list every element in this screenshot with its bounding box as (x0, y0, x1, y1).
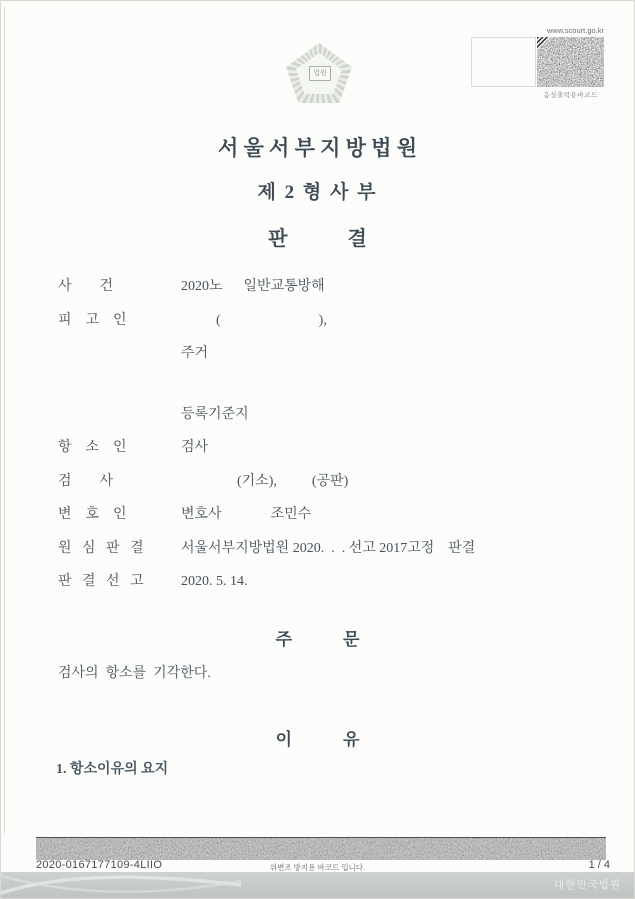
row-case-value: 2020노 일반교통방해 (181, 278, 325, 295)
row-prosecutor-label: 검 사 (58, 474, 113, 489)
row-original-judgment-value: 서울서부지방법원 2020. . . 선고 2017고정 판결 (181, 540, 475, 557)
barcode-blank-box (471, 37, 536, 87)
row-prosecutor: 검 사 (기소), (공판) (58, 473, 604, 507)
row-defense-counsel: 변 호 인 변호사 조민수 (58, 506, 604, 540)
anti-forgery-barcode (36, 837, 606, 860)
row-judgment-date: 판 결 선 고 2020. 5. 14. (58, 573, 604, 607)
row-case: 사 건 2020노 일반교통방해 (58, 278, 604, 312)
order-heading: 주 문 (1, 625, 634, 650)
row-residence-value: 주거 (181, 345, 208, 362)
document-title: 판 결 (1, 222, 634, 251)
row-defendant-value: ( ), (181, 312, 327, 329)
row-residence: 주거 (58, 345, 604, 379)
case-info-table: 사 건 2020노 일반교통방해 피 고 인 ( ), 주거 등록기준지 항 소… (58, 278, 604, 607)
row-defense-counsel-value: 변호사 조민수 (181, 506, 311, 523)
barcode-noise (537, 37, 604, 87)
document-code: 2020-0167177109-4LIIO (36, 859, 162, 871)
row-judgment-date-label: 판 결 선 고 (58, 574, 144, 589)
footer-swoosh-decoration (1, 872, 241, 898)
row-appellant: 항 소 인 검사 (58, 439, 604, 473)
row-defense-counsel-label: 변 호 인 (58, 507, 127, 522)
row-registered-address-value: 등록기준지 (181, 406, 249, 423)
row-original-judgment: 원 심 판 결 서울서부지방법원 2020. . . 선고 2017고정 판결 (58, 540, 604, 574)
order-text: 검사의 항소를 기각한다. (58, 662, 211, 682)
court-judgment-page: www.scourt.go.kr 음성출력용바코드 (0, 0, 635, 899)
row-appellant-value: 검사 (181, 439, 208, 456)
row-defendant-label: 피 고 인 (58, 313, 127, 328)
band-noise (36, 838, 606, 860)
voice-output-barcode-icon (537, 37, 604, 87)
voice-barcode-block (471, 37, 604, 87)
row-defendant: 피 고 인 ( ), (58, 312, 604, 346)
row-registered-address: 등록기준지 (58, 406, 604, 440)
emblem-seal-text: 법원 (309, 66, 331, 81)
row-prosecutor-value: (기소), (공판) (181, 473, 348, 490)
reason-heading: 이 유 (1, 725, 634, 750)
page-indicator: 1 / 4 (589, 859, 610, 871)
courts-of-korea-label: 대한민국법원 (554, 872, 621, 898)
scan-edge-line (4, 7, 5, 833)
reason-item-1: 1. 항소이유의 요지 (56, 758, 168, 778)
court-name-heading: 서 울 서 부 지 방 법 원 (1, 132, 634, 162)
voice-barcode-label: 음성출력용바코드 (537, 90, 604, 99)
court-emblem-icon: 법원 (285, 43, 353, 105)
row-judgment-date-value: 2020. 5. 14. (181, 573, 248, 590)
court-website-url: www.scourt.go.kr (547, 26, 604, 35)
division-heading: 제 2 형 사 부 (1, 177, 634, 204)
row-case-label: 사 건 (58, 279, 113, 294)
row-original-judgment-label: 원 심 판 결 (58, 541, 144, 556)
row-appellant-label: 항 소 인 (58, 440, 127, 455)
footer-strip: 대한민국법원 (1, 872, 634, 899)
